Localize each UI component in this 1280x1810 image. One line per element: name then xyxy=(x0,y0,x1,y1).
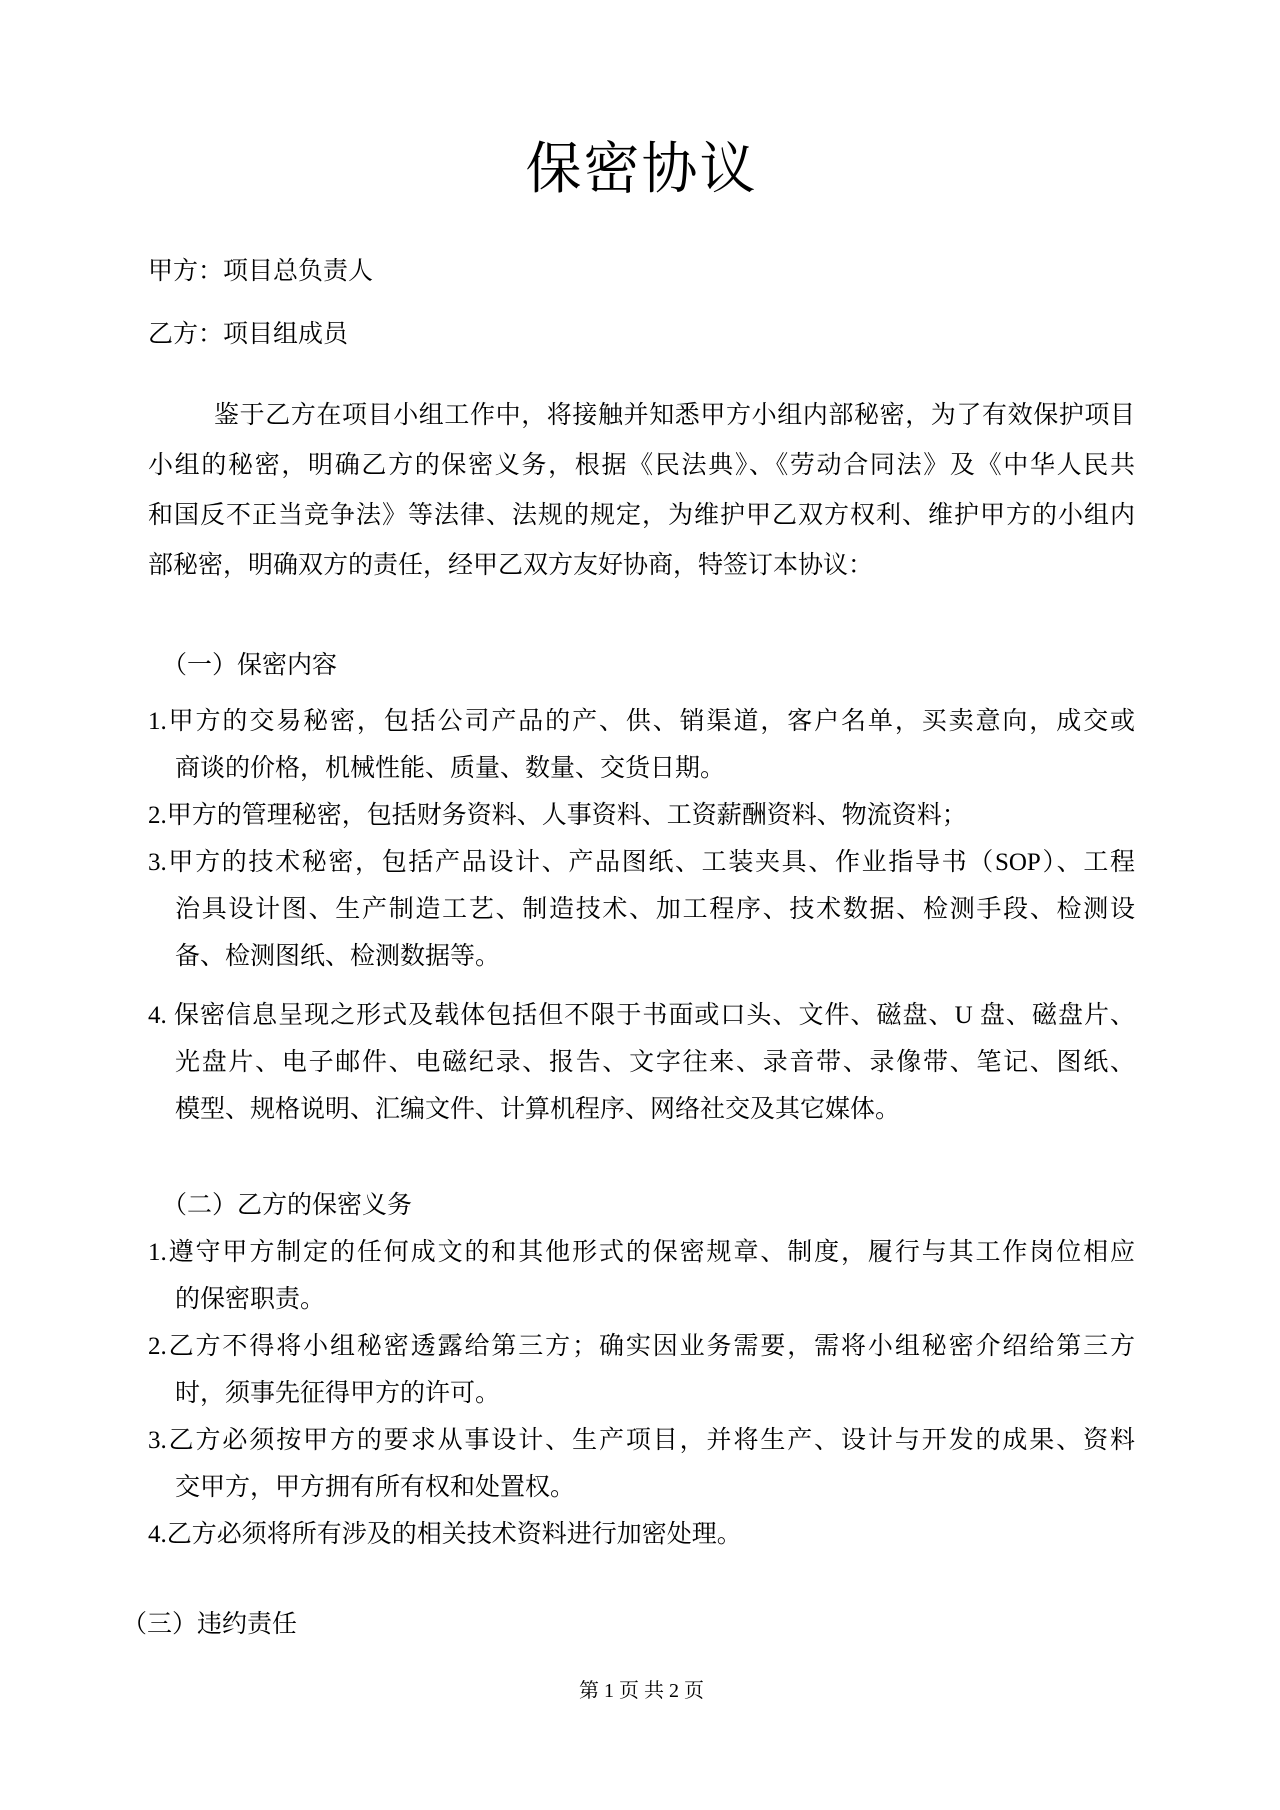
list-item: 4.乙方必须将所有涉及的相关技术资料进行加密处理。 xyxy=(148,1511,1135,1558)
list-item: 3.乙方必须按甲方的要求从事设计、生产项目，并将生产、设计与开发的成果、资料交甲… xyxy=(148,1417,1135,1511)
list-item: 3.甲方的技术秘密，包括产品设计、产品图纸、工装夹具、作业指导书（SOP）、工程… xyxy=(148,839,1135,980)
text-line: 备、检测图纸、检测数据等。 xyxy=(175,933,1135,980)
list-item: 2.甲方的管理秘密，包括财务资料、人事资料、工资薪酬资料、物流资料； xyxy=(148,792,1135,839)
text-line: 模型、规格说明、汇编文件、计算机程序、网络社交及其它媒体。 xyxy=(175,1086,1135,1133)
text-line: 部秘密，明确双方的责任，经甲乙双方友好协商，特签订本协议： xyxy=(148,541,1135,591)
section-3-heading: （三）违约责任 xyxy=(108,1602,1135,1648)
text-line: 和国反不正当竞争法》等法律、法规的规定，为维护甲乙双方权利、维护甲方的小组内 xyxy=(148,491,1135,541)
text-line: 交甲方，甲方拥有所有权和处置权。 xyxy=(175,1464,1135,1511)
document-title: 保密协议 xyxy=(148,130,1135,210)
text-line: 时，须事先征得甲方的许可。 xyxy=(175,1370,1135,1417)
text-line: 3.甲方的技术秘密，包括产品设计、产品图纸、工装夹具、作业指导书（SOP）、工程 xyxy=(148,839,1135,886)
list-item: 4. 保密信息呈现之形式及载体包括但不限于书面或口头、文件、磁盘、U 盘、磁盘片… xyxy=(148,992,1135,1133)
section-1-heading: （一）保密内容 xyxy=(148,643,1135,689)
text-line: 1.甲方的交易秘密，包括公司产品的产、供、销渠道，客户名单，买卖意向，成交或 xyxy=(148,698,1135,745)
list-item: 2.乙方不得将小组秘密透露给第三方；确实因业务需要，需将小组秘密介绍给第三方时，… xyxy=(148,1323,1135,1417)
section-1-items: 1.甲方的交易秘密，包括公司产品的产、供、销渠道，客户名单，买卖意向，成交或商谈… xyxy=(148,698,1135,1133)
list-item: 1.甲方的交易秘密，包括公司产品的产、供、销渠道，客户名单，买卖意向，成交或商谈… xyxy=(148,698,1135,792)
document-page: 保密协议 甲方：项目总负责人 乙方：项目组成员 鉴于乙方在项目小组工作中，将接触… xyxy=(0,0,1280,1810)
text-line: 4. 保密信息呈现之形式及载体包括但不限于书面或口头、文件、磁盘、U 盘、磁盘片… xyxy=(148,992,1135,1039)
section-2-items: 1.遵守甲方制定的任何成文的和其他形式的保密规章、制度，履行与其工作岗位相应的保… xyxy=(148,1229,1135,1558)
text-line: 光盘片、电子邮件、电磁纪录、报告、文字往来、录音带、录像带、笔记、图纸、 xyxy=(175,1039,1135,1086)
party-a-line: 甲方：项目总负责人 xyxy=(148,249,1135,295)
text-line: 小组的秘密，明确乙方的保密义务，根据《民法典》、《劳动合同法》及《中华人民共 xyxy=(148,441,1135,491)
text-line: 4.乙方必须将所有涉及的相关技术资料进行加密处理。 xyxy=(148,1511,1135,1558)
text-line: 1.遵守甲方制定的任何成文的和其他形式的保密规章、制度，履行与其工作岗位相应 xyxy=(148,1229,1135,1276)
text-line: 2.甲方的管理秘密，包括财务资料、人事资料、工资薪酬资料、物流资料； xyxy=(148,792,1135,839)
list-item: 1.遵守甲方制定的任何成文的和其他形式的保密规章、制度，履行与其工作岗位相应的保… xyxy=(148,1229,1135,1323)
text-line: 2.乙方不得将小组秘密透露给第三方；确实因业务需要，需将小组秘密介绍给第三方 xyxy=(148,1323,1135,1370)
text-line: 治具设计图、生产制造工艺、制造技术、加工程序、技术数据、检测手段、检测设 xyxy=(175,886,1135,933)
page-number: 第 1 页 共 2 页 xyxy=(148,1679,1135,1703)
text-line: 3.乙方必须按甲方的要求从事设计、生产项目，并将生产、设计与开发的成果、资料 xyxy=(148,1417,1135,1464)
section-2-heading: （二）乙方的保密义务 xyxy=(148,1183,1135,1229)
text-line: 鉴于乙方在项目小组工作中，将接触并知悉甲方小组内部秘密，为了有效保护项目 xyxy=(148,391,1135,441)
intro-paragraph: 鉴于乙方在项目小组工作中，将接触并知悉甲方小组内部秘密，为了有效保护项目小组的秘… xyxy=(148,391,1135,591)
text-line: 的保密职责。 xyxy=(175,1276,1135,1323)
text-line: 商谈的价格，机械性能、质量、数量、交货日期。 xyxy=(175,745,1135,792)
party-b-line: 乙方：项目组成员 xyxy=(148,312,1135,358)
